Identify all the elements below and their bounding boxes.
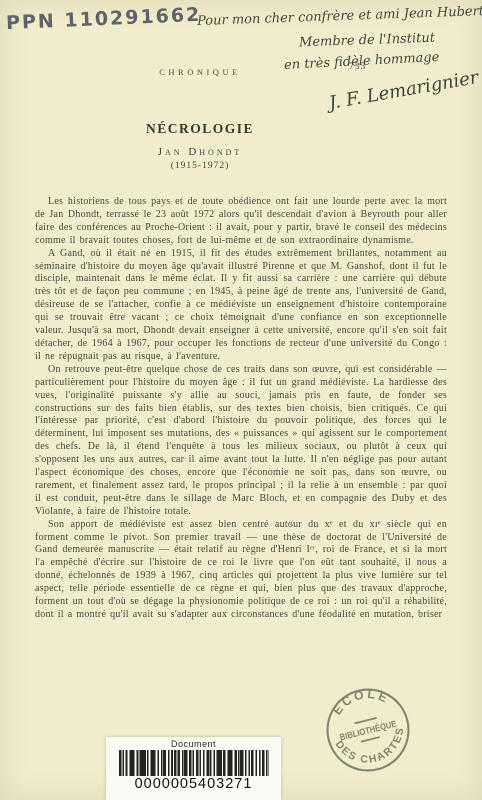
stamp-arc-top-text: ECOLE: [327, 681, 395, 720]
barcode-sticker: Document 0000005403271: [106, 737, 281, 800]
svg-text:ECOLE: ECOLE: [327, 681, 395, 720]
scanned-journal-page: PPN 110291662 Pour mon cher confrère et …: [0, 0, 482, 800]
obituary-life-dates: (1915-1972): [35, 161, 365, 171]
paragraph-4: Son apport de médiéviste est assez bien …: [35, 519, 447, 622]
section-title: NÉCROLOGIE: [35, 121, 365, 137]
running-head: CHRONIQUE: [35, 67, 365, 77]
library-stamp-svg: ECOLE DES CHARTES BIBLIOTHÈQUE: [315, 677, 422, 784]
stamp-center-text: BIBLIOTHÈQUE: [339, 719, 398, 743]
paragraph-1: Les historiens de tous pays et de toute …: [35, 196, 447, 248]
barcode-icon: [119, 750, 269, 776]
dedication-line-1: Pour mon cher confrère et ami Jean Huber…: [197, 4, 482, 29]
obituary-person-name: Jan Dhondt: [35, 146, 365, 158]
paragraph-3: On retrouve peut-être quelque chose de c…: [35, 364, 447, 519]
dedication-line-2: Membre de l'Institut: [299, 31, 435, 51]
stamp-rule-bottom: [361, 737, 380, 742]
page-number: 733: [349, 62, 366, 72]
article-body: Les historiens de tous pays et de toute …: [35, 196, 447, 622]
paragraph-2: A Gand, où il était né en 1915, il fit d…: [35, 248, 447, 364]
library-stamp-icon: ECOLE DES CHARTES BIBLIOTHÈQUE: [315, 677, 422, 784]
stamp-rule-top: [355, 718, 377, 724]
barcode-number: 0000005403271: [106, 776, 281, 792]
barcode-label-text: Document: [106, 739, 281, 749]
ppn-handwritten-number: PPN 110291662: [6, 4, 202, 35]
